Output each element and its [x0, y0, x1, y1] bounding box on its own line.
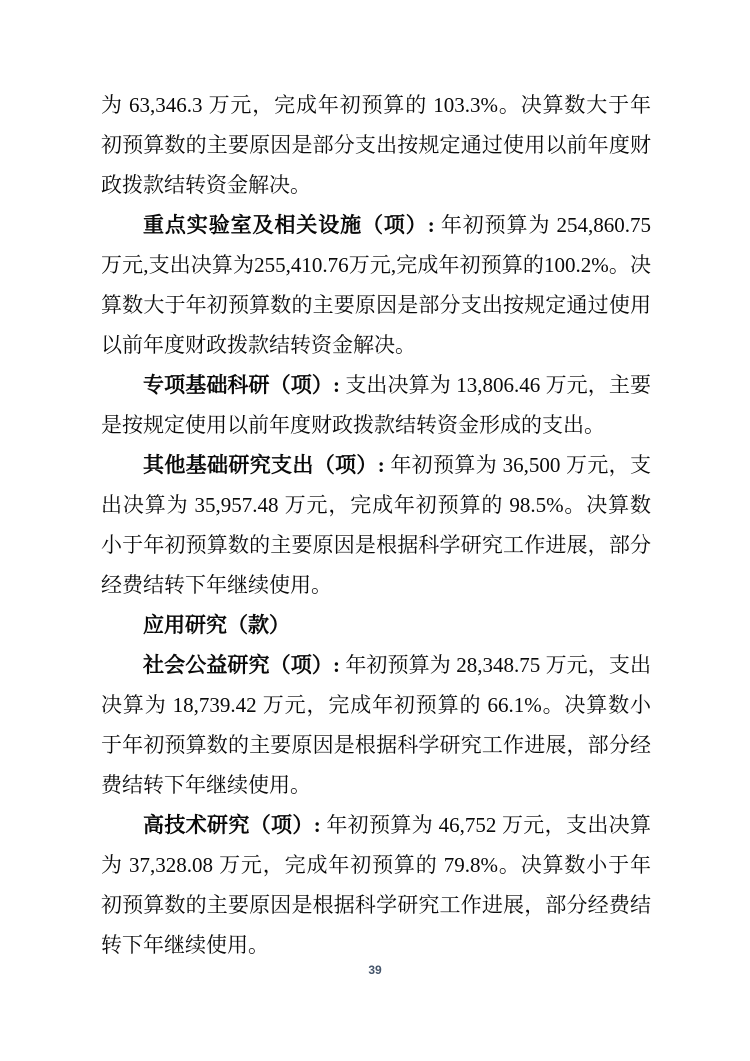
paragraph: 为 63,346.3 万元，完成年初预算的 103.3%。决算数大于年初预算数的…: [101, 85, 651, 205]
paragraph: 其他基础研究支出（项）: 年初预算为 36,500 万元，支出决算为 35,95…: [101, 445, 651, 605]
paragraph: 重点实验室及相关设施（项）: 年初预算为 254,860.75 万元,支出决算为…: [101, 205, 651, 365]
paragraph-heading: 专项基础科研（项）:: [143, 373, 340, 397]
paragraph-text: 为 63,346.3 万元，完成年初预算的 103.3%。决算数大于年初预算数的…: [101, 93, 651, 197]
paragraph: 社会公益研究（项）: 年初预算为 28,348.75 万元，支出决算为 18,7…: [101, 645, 651, 805]
page-number: 39: [0, 963, 750, 977]
paragraph-heading: 应用研究（款）: [143, 613, 290, 637]
paragraph-heading: 重点实验室及相关设施（项）:: [143, 213, 435, 237]
page-body-text: 为 63,346.3 万元，完成年初预算的 103.3%。决算数大于年初预算数的…: [101, 85, 651, 965]
paragraph: 专项基础科研（项）: 支出决算为 13,806.46 万元，主要是按规定使用以前…: [101, 365, 651, 445]
paragraph: 高技术研究（项）: 年初预算为 46,752 万元，支出决算为 37,328.0…: [101, 805, 651, 965]
paragraph-heading: 社会公益研究（项）:: [143, 653, 340, 677]
paragraph-heading: 其他基础研究支出（项）:: [143, 453, 385, 477]
paragraph-heading: 高技术研究（项）:: [143, 813, 321, 837]
document-page: 为 63,346.3 万元，完成年初预算的 103.3%。决算数大于年初预算数的…: [0, 0, 750, 1061]
paragraph: 应用研究（款）: [101, 605, 651, 645]
